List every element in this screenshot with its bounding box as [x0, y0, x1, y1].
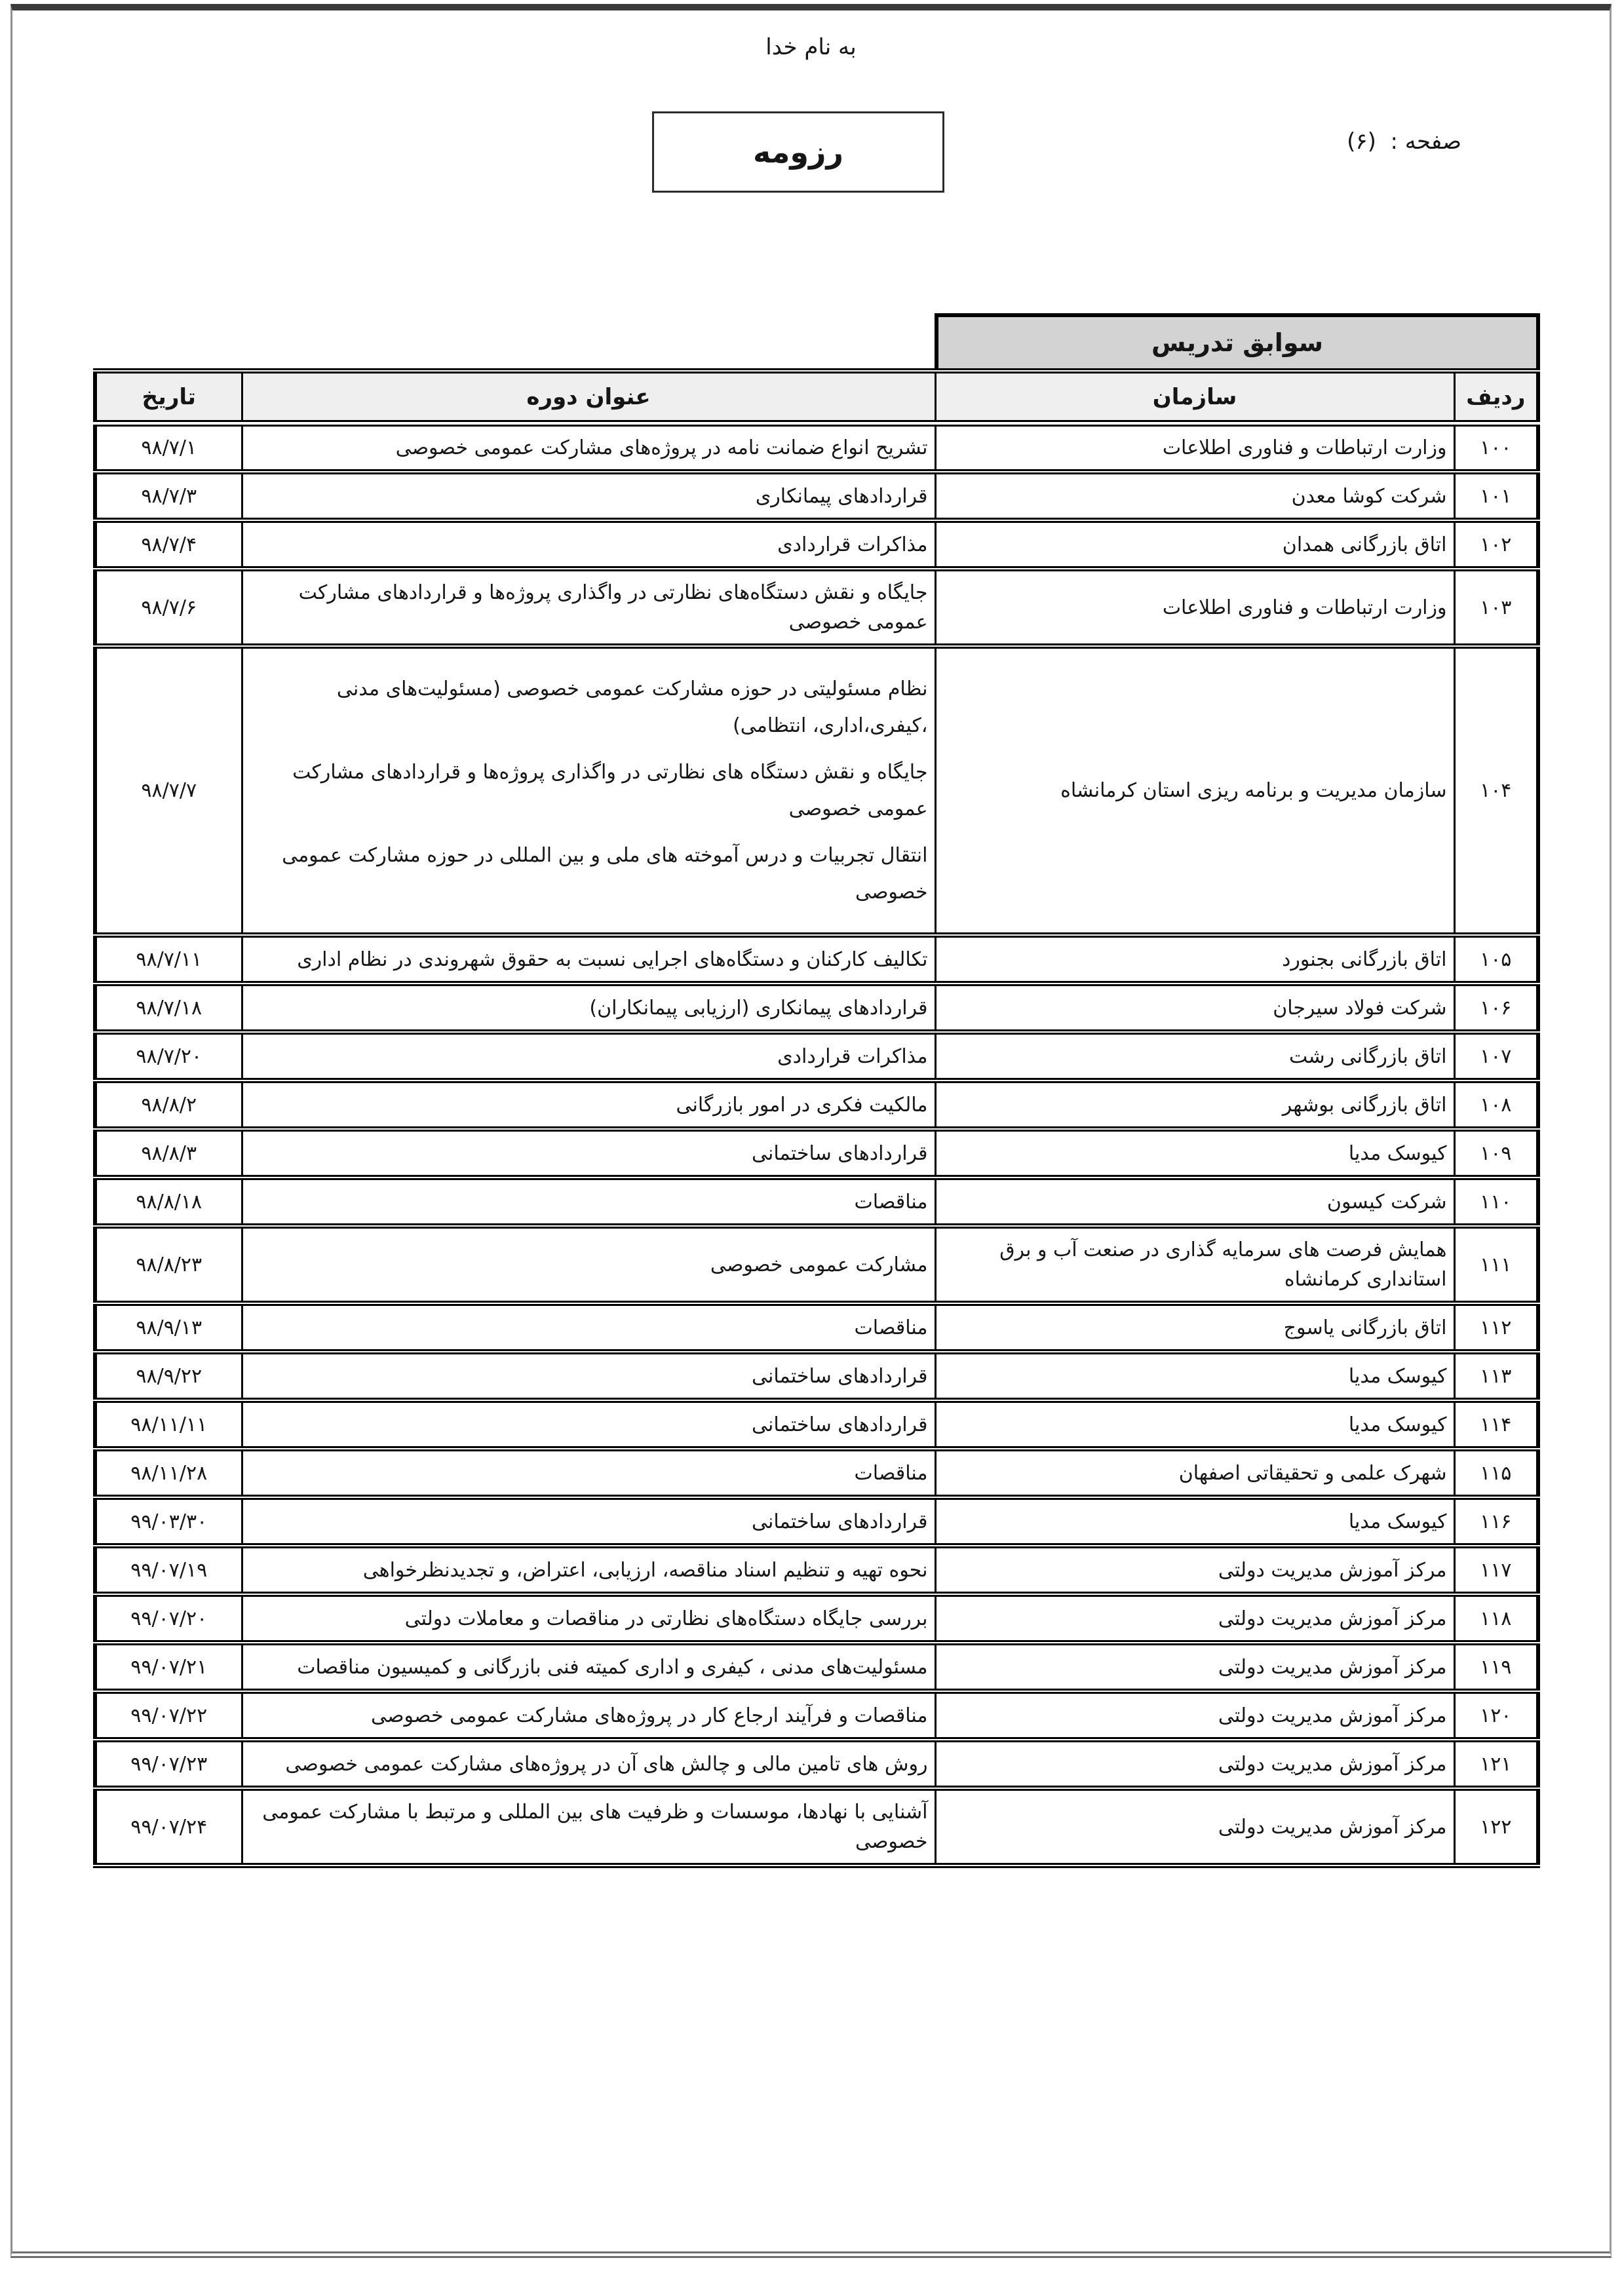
organization-cell: مرکز آموزش مدیریت دولتی — [935, 1740, 1454, 1788]
column-header-course-title: عنوان دوره — [242, 371, 935, 423]
course-cell: مسئولیت‌های مدنی ، کیفری و اداری کمیته ف… — [242, 1643, 935, 1691]
course-cell: قراردادهای ساختمانی — [242, 1129, 935, 1177]
organization-cell: مرکز آموزش مدیریت دولتی — [935, 1691, 1454, 1740]
organization-cell: شهرک علمی و تحقیقاتی اصفهان — [935, 1449, 1454, 1497]
date-cell: ۹۸/۷/۱۱ — [95, 935, 242, 984]
row-number-cell: ۱۱۷ — [1454, 1546, 1538, 1594]
date-cell: ۹۸/۸/۱۸ — [95, 1177, 242, 1226]
date-cell: ۹۸/۷/۱۸ — [95, 984, 242, 1032]
table-row: ۱۱۶کیوسک مدیاقراردادهای ساختمانی۹۹/۰۳/۳۰ — [95, 1497, 1538, 1546]
row-number-cell: ۱۰۴ — [1454, 646, 1538, 935]
row-number-cell: ۱۰۷ — [1454, 1032, 1538, 1081]
row-number-cell: ۱۰۱ — [1454, 472, 1538, 520]
row-number-cell: ۱۱۰ — [1454, 1177, 1538, 1226]
table-row: ۱۱۷مرکز آموزش مدیریت دولتینحوه تهیه و تن… — [95, 1546, 1538, 1594]
organization-cell: کیوسک مدیا — [935, 1129, 1454, 1177]
table-row: ۱۱۳کیوسک مدیاقراردادهای ساختمانی۹۸/۹/۲۲ — [95, 1352, 1538, 1400]
date-cell: ۹۸/۷/۱ — [95, 423, 242, 472]
organization-cell: اتاق بازرگانی یاسوج — [935, 1303, 1454, 1352]
table-row: ۱۰۶شرکت فولاد سیرجانقراردادهای پیمانکاری… — [95, 984, 1538, 1032]
organization-cell: کیوسک مدیا — [935, 1352, 1454, 1400]
row-number-cell: ۱۰۹ — [1454, 1129, 1538, 1177]
date-cell: ۹۹/۰۳/۳۰ — [95, 1497, 242, 1546]
course-cell: قراردادهای پیمانکاری — [242, 472, 935, 520]
course-cell: مشارکت عمومی خصوصی — [242, 1226, 935, 1303]
page-number-label: صفحه : (۶) — [1347, 128, 1461, 155]
table-row: ۱۰۳وزارت ارتباطات و فناوری اطلاعاتجایگاه… — [95, 569, 1538, 646]
table-row: ۱۰۵اتاق بازرگانی بجنوردتکالیف کارکنان و … — [95, 935, 1538, 984]
resume-title: رزومه — [753, 134, 843, 170]
row-number-cell: ۱۱۵ — [1454, 1449, 1538, 1497]
column-header-date: تاریخ — [95, 371, 242, 423]
course-paragraph: نظام مسئولیتی در حوزه مشارکت عمومی خصوصی… — [250, 671, 928, 744]
column-header-organization: سازمان — [935, 371, 1454, 423]
date-cell: ۹۹/۰۷/۲۱ — [95, 1643, 242, 1691]
row-number-cell: ۱۲۱ — [1454, 1740, 1538, 1788]
date-cell: ۹۹/۰۷/۲۲ — [95, 1691, 242, 1740]
teaching-history-table: ردیف سازمان عنوان دوره تاریخ ۱۰۰وزارت ار… — [93, 368, 1540, 1868]
course-cell: مناقصات و فرآیند ارجاع کار در پروژه‌های … — [242, 1691, 935, 1740]
date-cell: ۹۸/۷/۴ — [95, 520, 242, 569]
course-paragraph: جایگاه و نقش دستگاه های نظارتی در واگذار… — [250, 754, 928, 827]
resume-title-box: رزومه — [652, 111, 944, 193]
organization-cell: اتاق بازرگانی همدان — [935, 520, 1454, 569]
column-header-row: ردیف سازمان عنوان دوره تاریخ — [95, 371, 1538, 423]
course-cell: نحوه تهیه و تنظیم اسناد مناقصه، ارزیابی،… — [242, 1546, 935, 1594]
date-cell: ۹۸/۹/۲۲ — [95, 1352, 242, 1400]
course-cell: روش های تامین مالی و چالش های آن در پروژ… — [242, 1740, 935, 1788]
table-row: ۱۲۱مرکز آموزش مدیریت دولتیروش های تامین … — [95, 1740, 1538, 1788]
course-cell: مناقصات — [242, 1303, 935, 1352]
table-row: ۱۱۹مرکز آموزش مدیریت دولتیمسئولیت‌های مد… — [95, 1643, 1538, 1691]
row-number-cell: ۱۱۴ — [1454, 1400, 1538, 1449]
course-cell: تکالیف کارکنان و دستگاه‌های اجرایی نسبت … — [242, 935, 935, 984]
course-cell: قراردادهای پیمانکاری (ارزیابی پیمانکاران… — [242, 984, 935, 1032]
course-cell: قراردادهای ساختمانی — [242, 1497, 935, 1546]
organization-cell: شرکت کیسون — [935, 1177, 1454, 1226]
row-number-cell: ۱۰۸ — [1454, 1081, 1538, 1129]
course-cell: بررسی جایگاه دستگاه‌های نظارتی در مناقصا… — [242, 1594, 935, 1643]
course-cell: نظام مسئولیتی در حوزه مشارکت عمومی خصوصی… — [242, 646, 935, 935]
date-cell: ۹۸/۱۱/۲۸ — [95, 1449, 242, 1497]
table-row: ۱۲۲مرکز آموزش مدیریت دولتیآشنایی با نهاد… — [95, 1788, 1538, 1865]
row-number-cell: ۱۱۹ — [1454, 1643, 1538, 1691]
date-cell: ۹۸/۷/۶ — [95, 569, 242, 646]
course-cell: مناقصات — [242, 1177, 935, 1226]
organization-cell: مرکز آموزش مدیریت دولتی — [935, 1788, 1454, 1865]
organization-cell: کیوسک مدیا — [935, 1400, 1454, 1449]
table-row: ۱۰۴سازمان مدیریت و برنامه ریزی استان کرم… — [95, 646, 1538, 935]
row-number-cell: ۱۲۲ — [1454, 1788, 1538, 1865]
section-header: سوابق تدریس — [935, 313, 1540, 368]
table-row: ۱۰۸اتاق بازرگانی بوشهرمالکیت فکری در امو… — [95, 1081, 1538, 1129]
row-number-cell: ۱۱۲ — [1454, 1303, 1538, 1352]
table-row: ۱۲۰مرکز آموزش مدیریت دولتیمناقصات و فرآی… — [95, 1691, 1538, 1740]
date-cell: ۹۸/۱۱/۱۱ — [95, 1400, 242, 1449]
date-cell: ۹۹/۰۷/۲۴ — [95, 1788, 242, 1865]
course-cell: مالکیت فکری در امور بازرگانی — [242, 1081, 935, 1129]
bismillah-text: به نام خدا — [0, 34, 1622, 60]
table-row: ۱۱۵شهرک علمی و تحقیقاتی اصفهانمناقصات۹۸/… — [95, 1449, 1538, 1497]
date-cell: ۹۹/۰۷/۲۰ — [95, 1594, 242, 1643]
date-cell: ۹۸/۷/۲۰ — [95, 1032, 242, 1081]
row-number-cell: ۱۰۶ — [1454, 984, 1538, 1032]
organization-cell: وزارت ارتباطات و فناوری اطلاعات — [935, 423, 1454, 472]
row-number-cell: ۱۰۵ — [1454, 935, 1538, 984]
date-cell: ۹۸/۹/۱۳ — [95, 1303, 242, 1352]
row-number-cell: ۱۰۲ — [1454, 520, 1538, 569]
row-number-cell: ۱۱۶ — [1454, 1497, 1538, 1546]
course-cell: قراردادهای ساختمانی — [242, 1400, 935, 1449]
organization-cell: همایش فرصت های سرمایه گذاری در صنعت آب و… — [935, 1226, 1454, 1303]
row-number-cell: ۱۱۳ — [1454, 1352, 1538, 1400]
table-row: ۱۱۲اتاق بازرگانی یاسوجمناقصات۹۸/۹/۱۳ — [95, 1303, 1538, 1352]
table-row: ۱۰۷اتاق بازرگانی رشتمذاکرات قراردادی۹۸/۷… — [95, 1032, 1538, 1081]
organization-cell: شرکت کوشا معدن — [935, 472, 1454, 520]
date-cell: ۹۹/۰۷/۱۹ — [95, 1546, 242, 1594]
organization-cell: شرکت فولاد سیرجان — [935, 984, 1454, 1032]
organization-cell: مرکز آموزش مدیریت دولتی — [935, 1546, 1454, 1594]
date-cell: ۹۸/۷/۳ — [95, 472, 242, 520]
organization-cell: اتاق بازرگانی بجنورد — [935, 935, 1454, 984]
row-number-cell: ۱۱۱ — [1454, 1226, 1538, 1303]
resume-page: به نام خدا صفحه : (۶) رزومه سوابق تدریس … — [0, 0, 1622, 2296]
column-header-row-number: ردیف — [1454, 371, 1538, 423]
course-cell: مذاکرات قراردادی — [242, 520, 935, 569]
table-row: ۱۱۸مرکز آموزش مدیریت دولتیبررسی جایگاه د… — [95, 1594, 1538, 1643]
date-cell: ۹۹/۰۷/۲۳ — [95, 1740, 242, 1788]
row-number-cell: ۱۱۸ — [1454, 1594, 1538, 1643]
organization-cell: سازمان مدیریت و برنامه ریزی استان کرمانش… — [935, 646, 1454, 935]
course-cell: تشریح انواع ضمانت نامه در پروژه‌های مشار… — [242, 423, 935, 472]
course-cell: مناقصات — [242, 1449, 935, 1497]
organization-cell: مرکز آموزش مدیریت دولتی — [935, 1643, 1454, 1691]
date-cell: ۹۸/۸/۲۳ — [95, 1226, 242, 1303]
row-number-cell: ۱۰۰ — [1454, 423, 1538, 472]
table-row: ۱۱۰شرکت کیسونمناقصات۹۸/۸/۱۸ — [95, 1177, 1538, 1226]
organization-cell: اتاق بازرگانی رشت — [935, 1032, 1454, 1081]
table-row: ۱۰۲اتاق بازرگانی همدانمذاکرات قراردادی۹۸… — [95, 520, 1538, 569]
organization-cell: کیوسک مدیا — [935, 1497, 1454, 1546]
table-row: ۱۱۱همایش فرصت های سرمایه گذاری در صنعت آ… — [95, 1226, 1538, 1303]
course-cell: آشنایی با نهادها، موسسات و ظرفیت های بین… — [242, 1788, 935, 1865]
table-row: ۱۰۰وزارت ارتباطات و فناوری اطلاعاتتشریح … — [95, 423, 1538, 472]
date-cell: ۹۸/۸/۲ — [95, 1081, 242, 1129]
row-number-cell: ۱۲۰ — [1454, 1691, 1538, 1740]
date-cell: ۹۸/۸/۳ — [95, 1129, 242, 1177]
row-number-cell: ۱۰۳ — [1454, 569, 1538, 646]
organization-cell: وزارت ارتباطات و فناوری اطلاعات — [935, 569, 1454, 646]
course-paragraph: انتقال تجربیات و درس آموخته های ملی و بی… — [250, 837, 928, 910]
table-row: ۱۰۱شرکت کوشا معدنقراردادهای پیمانکاری۹۸/… — [95, 472, 1538, 520]
teaching-history-section: سوابق تدریس ردیف سازمان عنوان دوره تاریخ… — [97, 313, 1540, 1868]
course-cell: مذاکرات قراردادی — [242, 1032, 935, 1081]
course-cell: قراردادهای ساختمانی — [242, 1352, 935, 1400]
table-row: ۱۱۴کیوسک مدیاقراردادهای ساختمانی۹۸/۱۱/۱۱ — [95, 1400, 1538, 1449]
organization-cell: اتاق بازرگانی بوشهر — [935, 1081, 1454, 1129]
table-row: ۱۰۹کیوسک مدیاقراردادهای ساختمانی۹۸/۸/۳ — [95, 1129, 1538, 1177]
course-cell: جایگاه و نقش دستگاه‌های نظارتی در واگذار… — [242, 569, 935, 646]
date-cell: ۹۸/۷/۷ — [95, 646, 242, 935]
organization-cell: مرکز آموزش مدیریت دولتی — [935, 1594, 1454, 1643]
table-body: ۱۰۰وزارت ارتباطات و فناوری اطلاعاتتشریح … — [95, 423, 1538, 1865]
